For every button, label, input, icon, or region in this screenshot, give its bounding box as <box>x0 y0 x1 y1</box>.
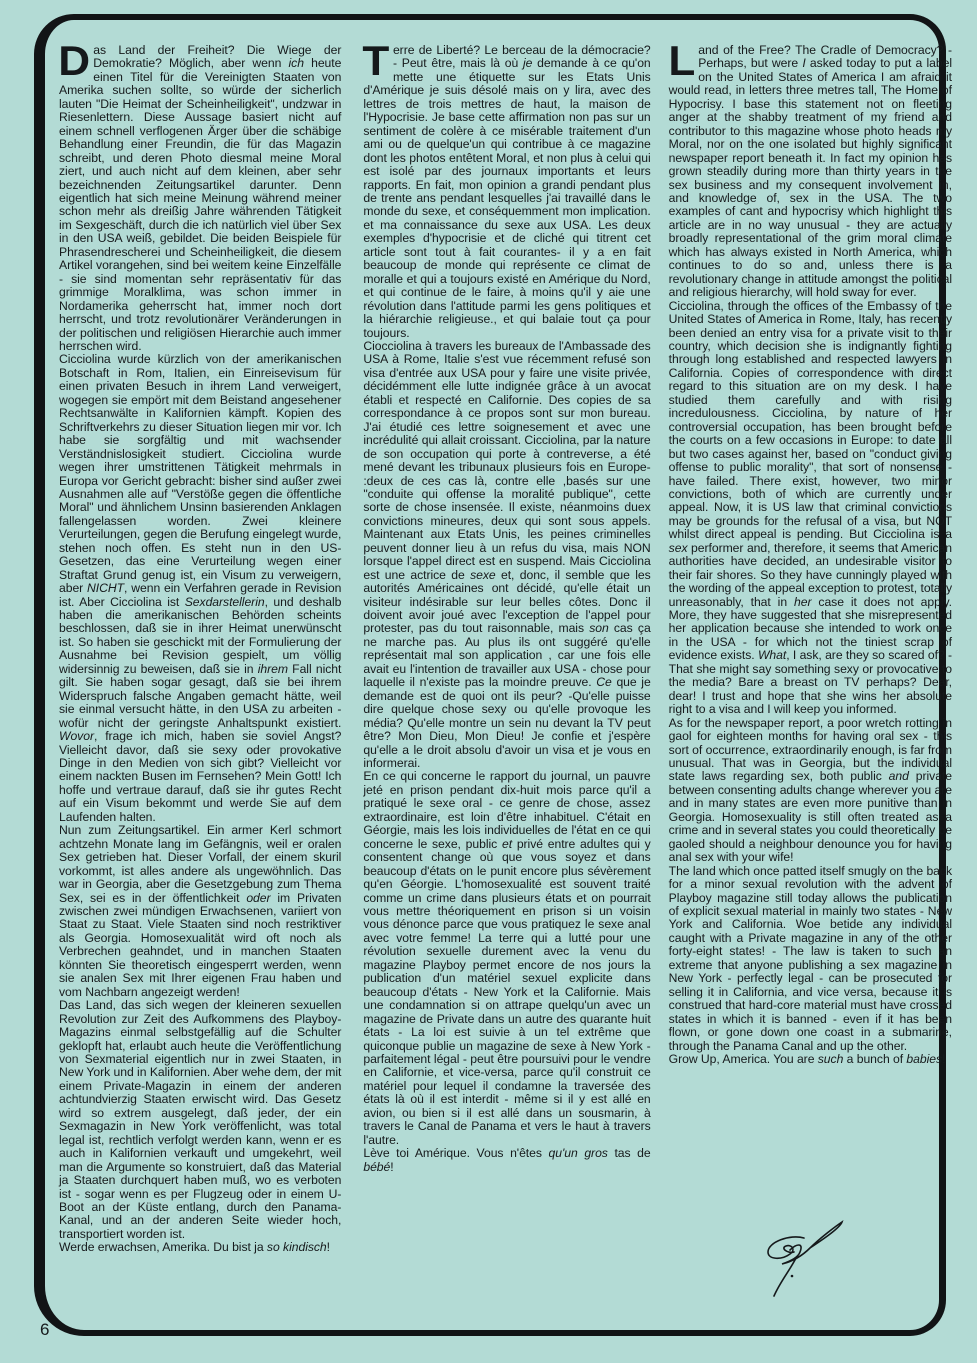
paragraph: Ciocciolina à travers les bureaux de l'A… <box>363 340 650 771</box>
article-columns: Das Land der Freiheit? Die Wiege der Dem… <box>59 44 952 1255</box>
paragraph-text: Das Land, das sich wegen der kleineren s… <box>59 998 341 1241</box>
paragraph-text: ! <box>390 1160 393 1174</box>
paragraph: Das Land der Freiheit? Die Wiege der Dem… <box>59 44 341 353</box>
emphasis: et <box>502 837 512 851</box>
emphasis: Ce <box>596 675 611 689</box>
paragraph-text: Lève toi Amérique. Vous n'êtes <box>363 1146 548 1160</box>
emphasis: son <box>589 621 609 635</box>
paragraph: Land of the Free? The Cradle of Democrac… <box>669 44 952 300</box>
emphasis: babies <box>906 1052 942 1066</box>
emphasis: bébé <box>363 1160 390 1174</box>
emphasis: Wovor <box>59 729 94 743</box>
closing-line: Werde erwachsen, Amerika. Du bist ja so … <box>59 1241 341 1254</box>
emphasis: so kindisch <box>267 1240 327 1254</box>
paragraph-text: que je demande est de quoi ont ils peur?… <box>363 675 650 770</box>
handwritten-signature-icon <box>760 1218 860 1308</box>
drop-cap: T <box>363 45 390 76</box>
paragraph: En ce qui concerne le rapport du journal… <box>363 770 650 1147</box>
paragraph: As for the newspaper report, a poor wret… <box>669 717 952 865</box>
emphasis: and <box>889 769 909 783</box>
closing-line: Lève toi Amérique. Vous n'êtes qu'un gro… <box>363 1147 650 1174</box>
emphasis: qu'un gros <box>549 1146 608 1160</box>
paragraph-text: The land which once patted itself smugly… <box>669 864 952 1053</box>
paragraph-text: ! <box>942 1052 945 1066</box>
paragraph: Cicciolina, through the offices of the E… <box>669 300 952 717</box>
paragraph-text: privé entre adultes qui y consentent cha… <box>363 837 650 1147</box>
paragraph-text: private between consenting adults change… <box>669 769 952 864</box>
column-french: Terre de Liberté? Le berceau de la démoc… <box>363 44 650 1255</box>
emphasis: such <box>818 1052 844 1066</box>
paragraph-text: demande à ce qu'on mette une étiquette s… <box>363 56 650 339</box>
paragraph-text: Ciocciolina à travers les bureaux de l'A… <box>363 339 650 582</box>
column-german: Das Land der Freiheit? Die Wiege der Dem… <box>59 44 341 1255</box>
paragraph-text: ! <box>327 1240 330 1254</box>
paragraph: Nun zum Zeitungsartikel. Ein armer Kerl … <box>59 824 341 999</box>
paragraph: Cicciolina wurde kürzlich von der amerik… <box>59 353 341 824</box>
paragraph-text: asked today to put a label on the United… <box>669 56 952 299</box>
emphasis: je <box>523 56 532 70</box>
paragraph-text: Werde erwachsen, Amerika. Du bist ja <box>59 1240 267 1254</box>
emphasis: her <box>794 595 811 609</box>
emphasis: Sexdarstellerin <box>185 595 265 609</box>
closing-line: Grow Up, America. You are such a bunch o… <box>669 1053 952 1066</box>
paragraph-text: , frage ich mich, haben sie soviel Angst… <box>59 729 341 824</box>
paragraph: Terre de Liberté? Le berceau de la démoc… <box>363 44 650 340</box>
emphasis: ihrem <box>258 662 288 676</box>
paragraph-text: Cicciolina wurde kürzlich von der amerik… <box>59 352 341 595</box>
emphasis: sexe <box>470 568 496 582</box>
paragraph-text: Grow Up, America. You are <box>669 1052 818 1066</box>
column-english: Land of the Free? The Cradle of Democrac… <box>669 44 952 1255</box>
page-number: 6 <box>40 1320 49 1340</box>
emphasis: ich <box>289 56 304 70</box>
paragraph-text: tas de <box>608 1146 651 1160</box>
paragraph-text: heute einen Titel für die Vereinigten St… <box>59 56 341 353</box>
paragraph: Das Land, das sich wegen der kleineren s… <box>59 999 341 1241</box>
paragraph-text: im Privaten zwischen zwei mündigen Erwac… <box>59 891 341 999</box>
paragraph: The land which once patted itself smugly… <box>669 865 952 1053</box>
emphasis: sex <box>669 541 688 555</box>
paragraph-text: a bunch of <box>843 1052 906 1066</box>
emphasis: NICHT <box>87 581 124 595</box>
drop-cap: L <box>668 45 695 76</box>
emphasis: What <box>758 648 786 662</box>
emphasis: oder <box>246 891 270 905</box>
drop-cap: D <box>58 45 90 76</box>
paragraph-text: Cicciolina, through the offices of the E… <box>669 299 952 542</box>
